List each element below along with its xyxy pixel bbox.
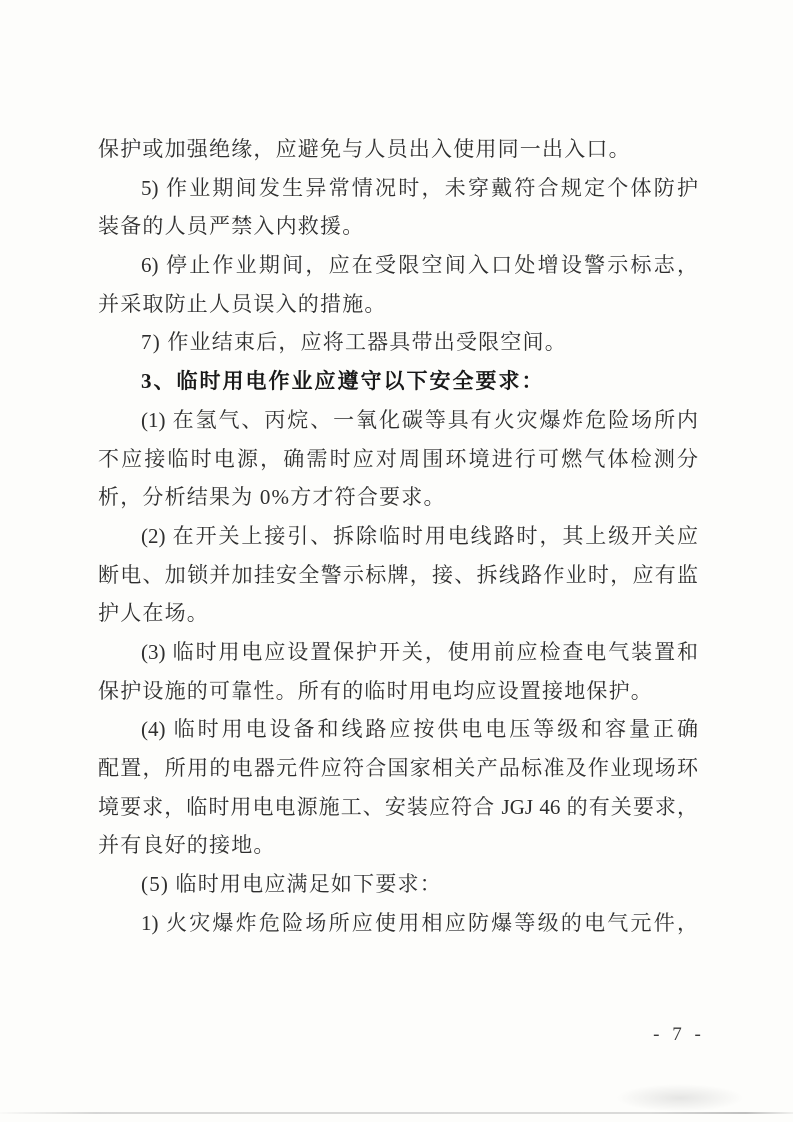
doc-line: 护人在场。 <box>98 594 698 633</box>
section-heading: 3、临时用电作业应遵守以下安全要求： <box>98 362 698 401</box>
doc-line: 7) 作业结束后，应将工器具带出受限空间。 <box>98 323 698 362</box>
page-number: - 7 - <box>634 1022 724 1048</box>
doc-line: 并采取防止人员误入的措施。 <box>98 285 698 324</box>
scan-bottom-edge <box>0 1112 793 1114</box>
doc-line: 5) 作业期间发生异常情况时，未穿戴符合规定个体防护 <box>98 169 698 208</box>
doc-line: 保护或加强绝缘，应避免与人员出入使用同一出入口。 <box>98 130 698 169</box>
doc-line: 并有良好的接地。 <box>98 826 698 865</box>
doc-line: 保护设施的可靠性。所有的临时用电均应设置接地保护。 <box>98 672 698 711</box>
doc-line: (2) 在开关上接引、拆除临时用电线路时，其上级开关应 <box>98 517 698 556</box>
doc-line: (1) 在氢气、丙烷、一氧化碳等具有火灾爆炸危险场所内 <box>98 401 698 440</box>
doc-line: 配置，所用的电器元件应符合国家相关产品标准及作业现场环 <box>98 749 698 788</box>
doc-line: 析，分析结果为 0%方才符合要求。 <box>98 478 698 517</box>
scan-smudge-artifact <box>616 1084 744 1112</box>
doc-line: 1) 火灾爆炸危险场所应使用相应防爆等级的电气元件， <box>98 904 698 943</box>
doc-line: 6) 停止作业期间，应在受限空间入口处增设警示标志， <box>98 246 698 285</box>
doc-line: 境要求，临时用电电源施工、安装应符合 JGJ 46 的有关要求， <box>98 788 698 827</box>
doc-line: (3) 临时用电应设置保护开关，使用前应检查电气装置和 <box>98 633 698 672</box>
doc-line: 装备的人员严禁入内救援。 <box>98 207 698 246</box>
doc-line: (5) 临时用电应满足如下要求： <box>98 865 698 904</box>
document-body: 保护或加强绝缘，应避免与人员出入使用同一出入口。 5) 作业期间发生异常情况时，… <box>98 130 698 942</box>
doc-line: 断电、加锁并加挂安全警示标牌，接、拆线路作业时，应有监 <box>98 556 698 595</box>
doc-line: (4) 临时用电设备和线路应按供电电压等级和容量正确 <box>98 710 698 749</box>
doc-line: 不应接临时电源，确需时应对周围环境进行可燃气体检测分 <box>98 440 698 479</box>
